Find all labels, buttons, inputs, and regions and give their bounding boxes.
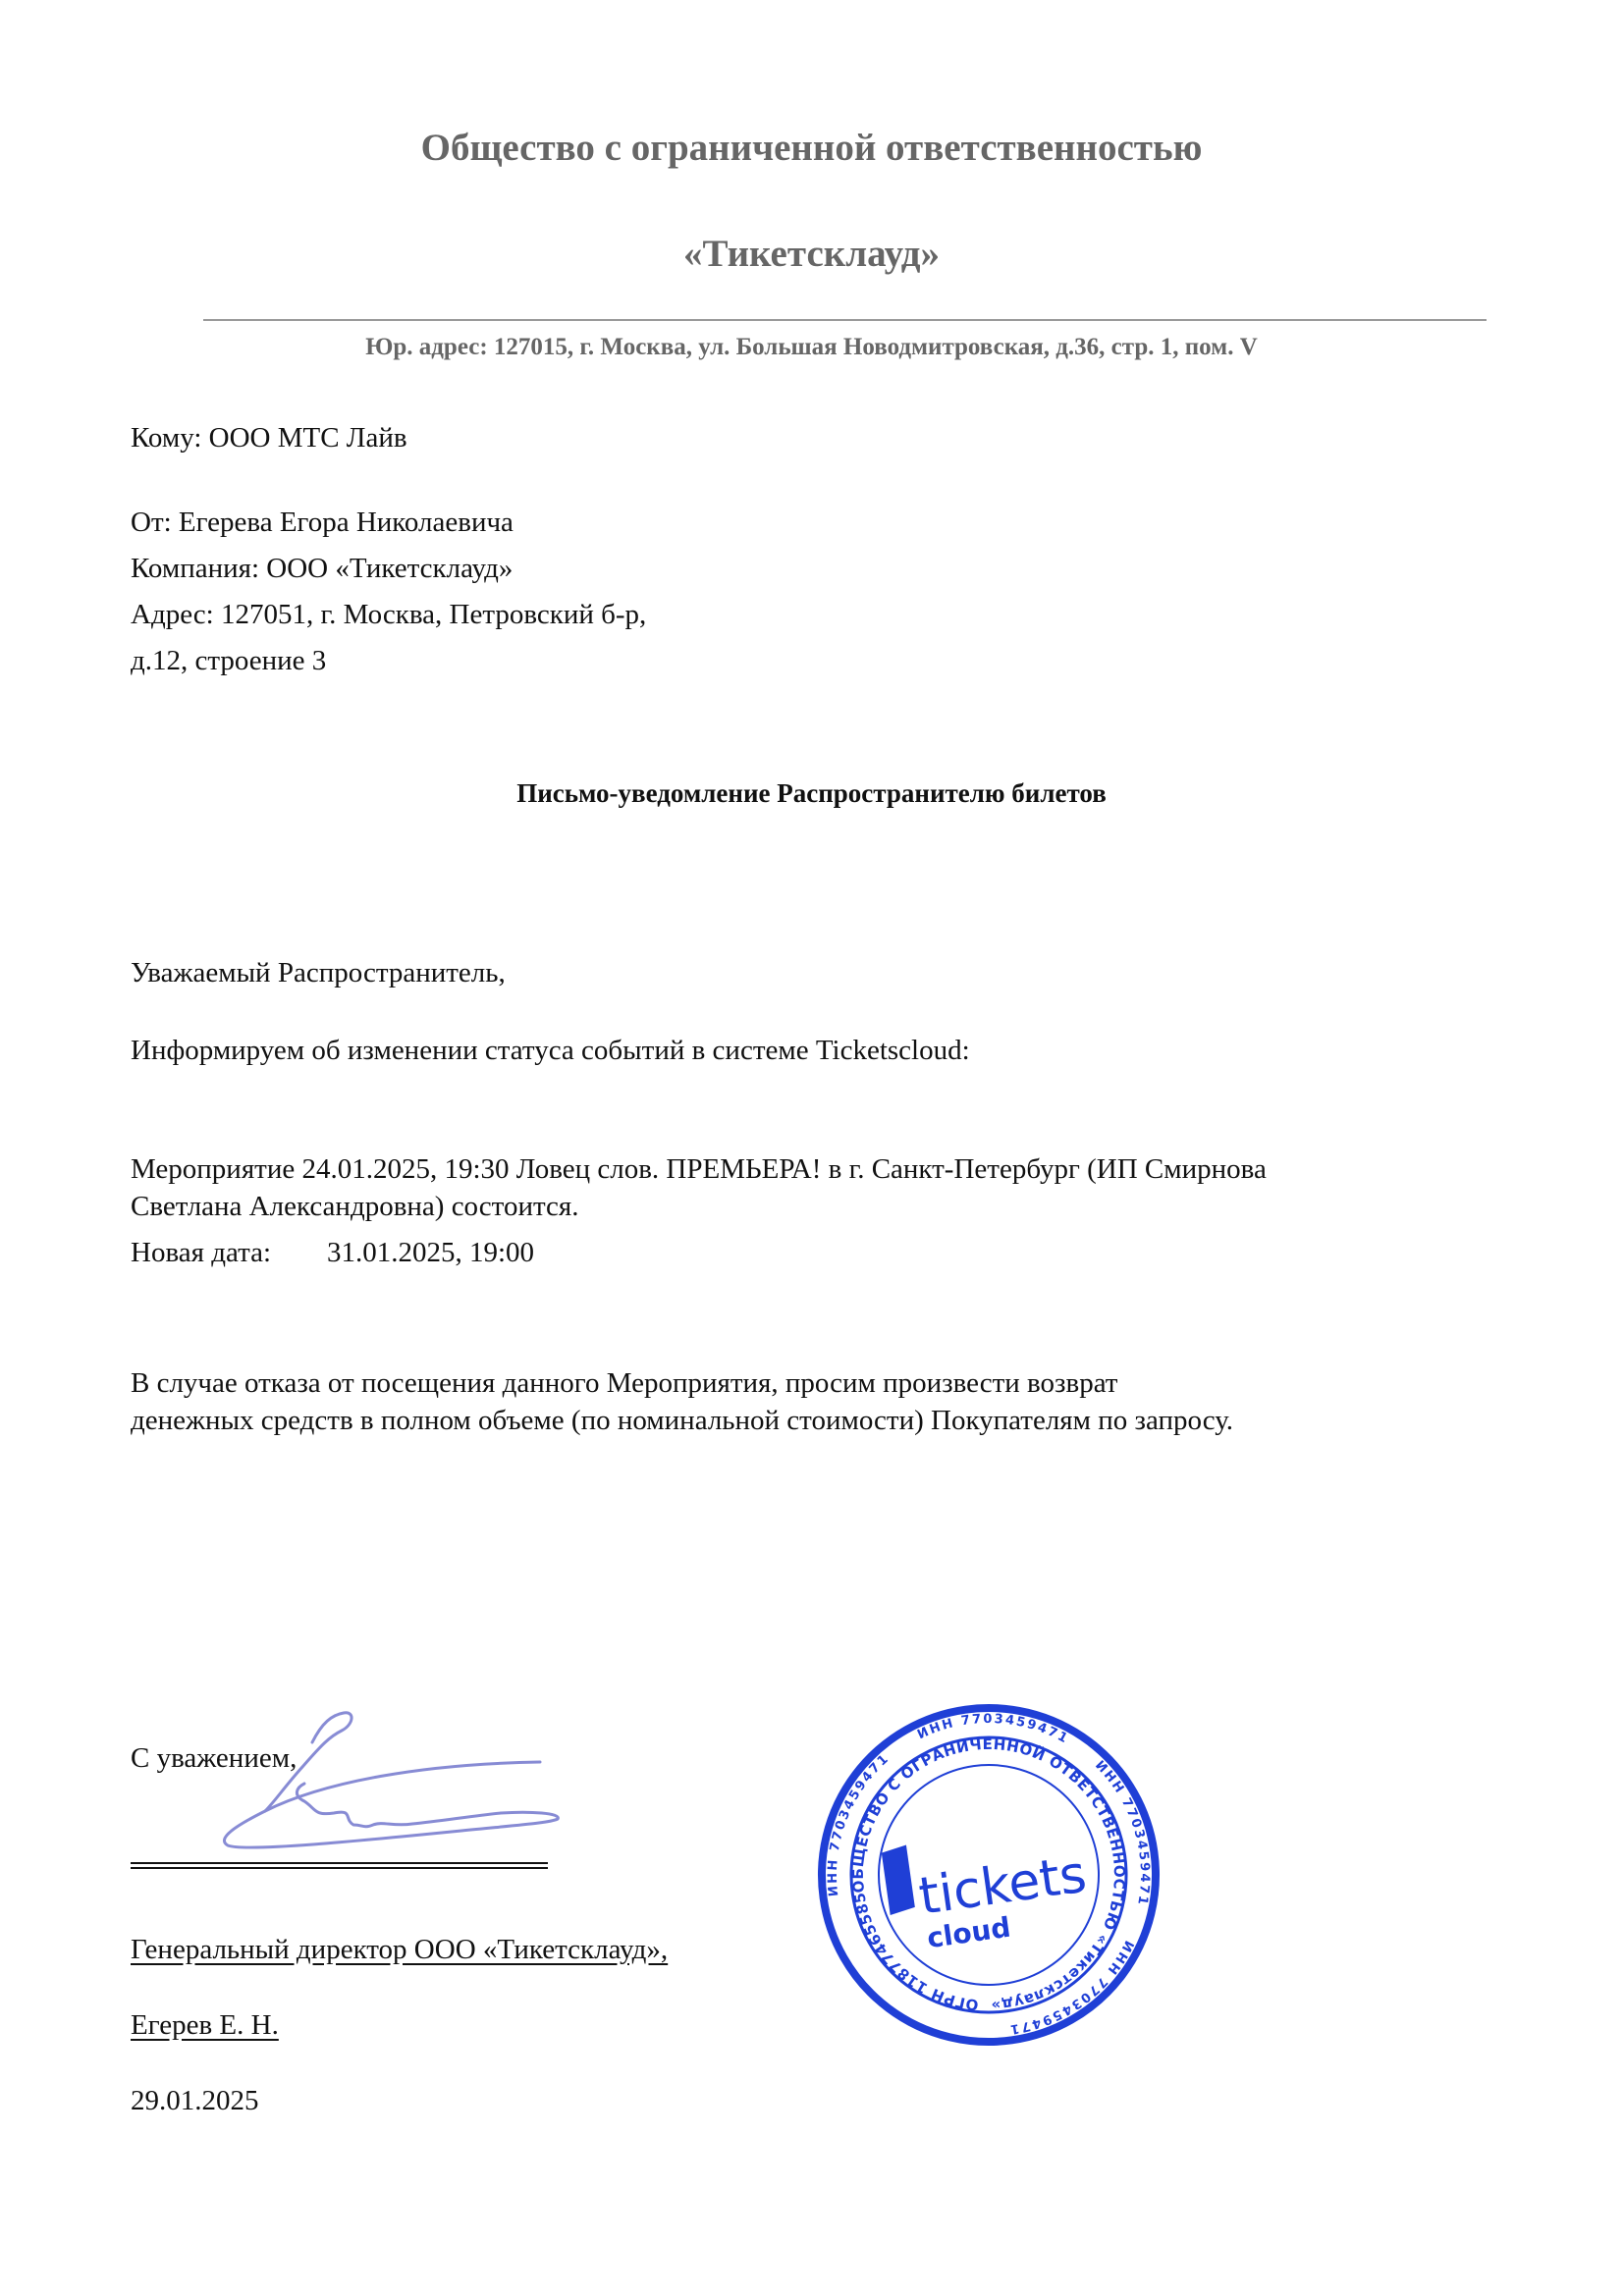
letterhead-org-line: Общество с ограниченной ответственностью bbox=[0, 126, 1623, 170]
signature-line bbox=[131, 1862, 548, 1869]
letterhead-legal-address: Юр. адрес: 127015, г. Москва, ул. Больша… bbox=[0, 334, 1623, 361]
sender-company: Компания: ООО «Тикетсклауд» bbox=[131, 553, 513, 585]
signatory-position: Генеральный директор ООО «Тикетсклауд», bbox=[131, 1934, 668, 1966]
recipient: Кому: ООО МТС Лайв bbox=[131, 422, 407, 454]
new-date-value: 31.01.2025, 19:00 bbox=[327, 1237, 534, 1269]
letterhead-org-name: «Тикетсклауд» bbox=[0, 232, 1623, 276]
handwritten-signature bbox=[206, 1703, 619, 1860]
greeting: Уважаемый Распространитель, bbox=[131, 957, 506, 989]
refund-line-1: В случае отказа от посещения данного Мер… bbox=[131, 1367, 1117, 1400]
refund-line-2: денежных средств в полном объеме (по ном… bbox=[131, 1405, 1233, 1437]
new-date-label: Новая дата: bbox=[131, 1237, 271, 1269]
signatory-name: Егерев Е. Н. bbox=[131, 2009, 279, 2042]
letter-date: 29.01.2025 bbox=[131, 2085, 259, 2117]
intro-text: Информируем об изменении статуса событий… bbox=[131, 1035, 970, 1067]
event-line-2: Светлана Александровна) состоится. bbox=[131, 1191, 578, 1223]
company-stamp: ИНН 7703459471 ИНН 7703459471 ИНН 770345… bbox=[817, 1703, 1161, 2047]
notice-title: Письмо-уведомление Распространителю биле… bbox=[0, 778, 1623, 809]
sender-address-line1: Адрес: 127051, г. Москва, Петровский б-р… bbox=[131, 599, 646, 631]
sender: От: Егерева Егора Николаевича bbox=[131, 507, 514, 539]
event-line-1: Мероприятие 24.01.2025, 19:30 Ловец слов… bbox=[131, 1153, 1267, 1186]
sender-address-line2: д.12, строение 3 bbox=[131, 645, 326, 677]
letterhead-divider bbox=[203, 319, 1487, 321]
tickets-cloud-logo: tickets cloud bbox=[881, 1821, 1094, 1959]
